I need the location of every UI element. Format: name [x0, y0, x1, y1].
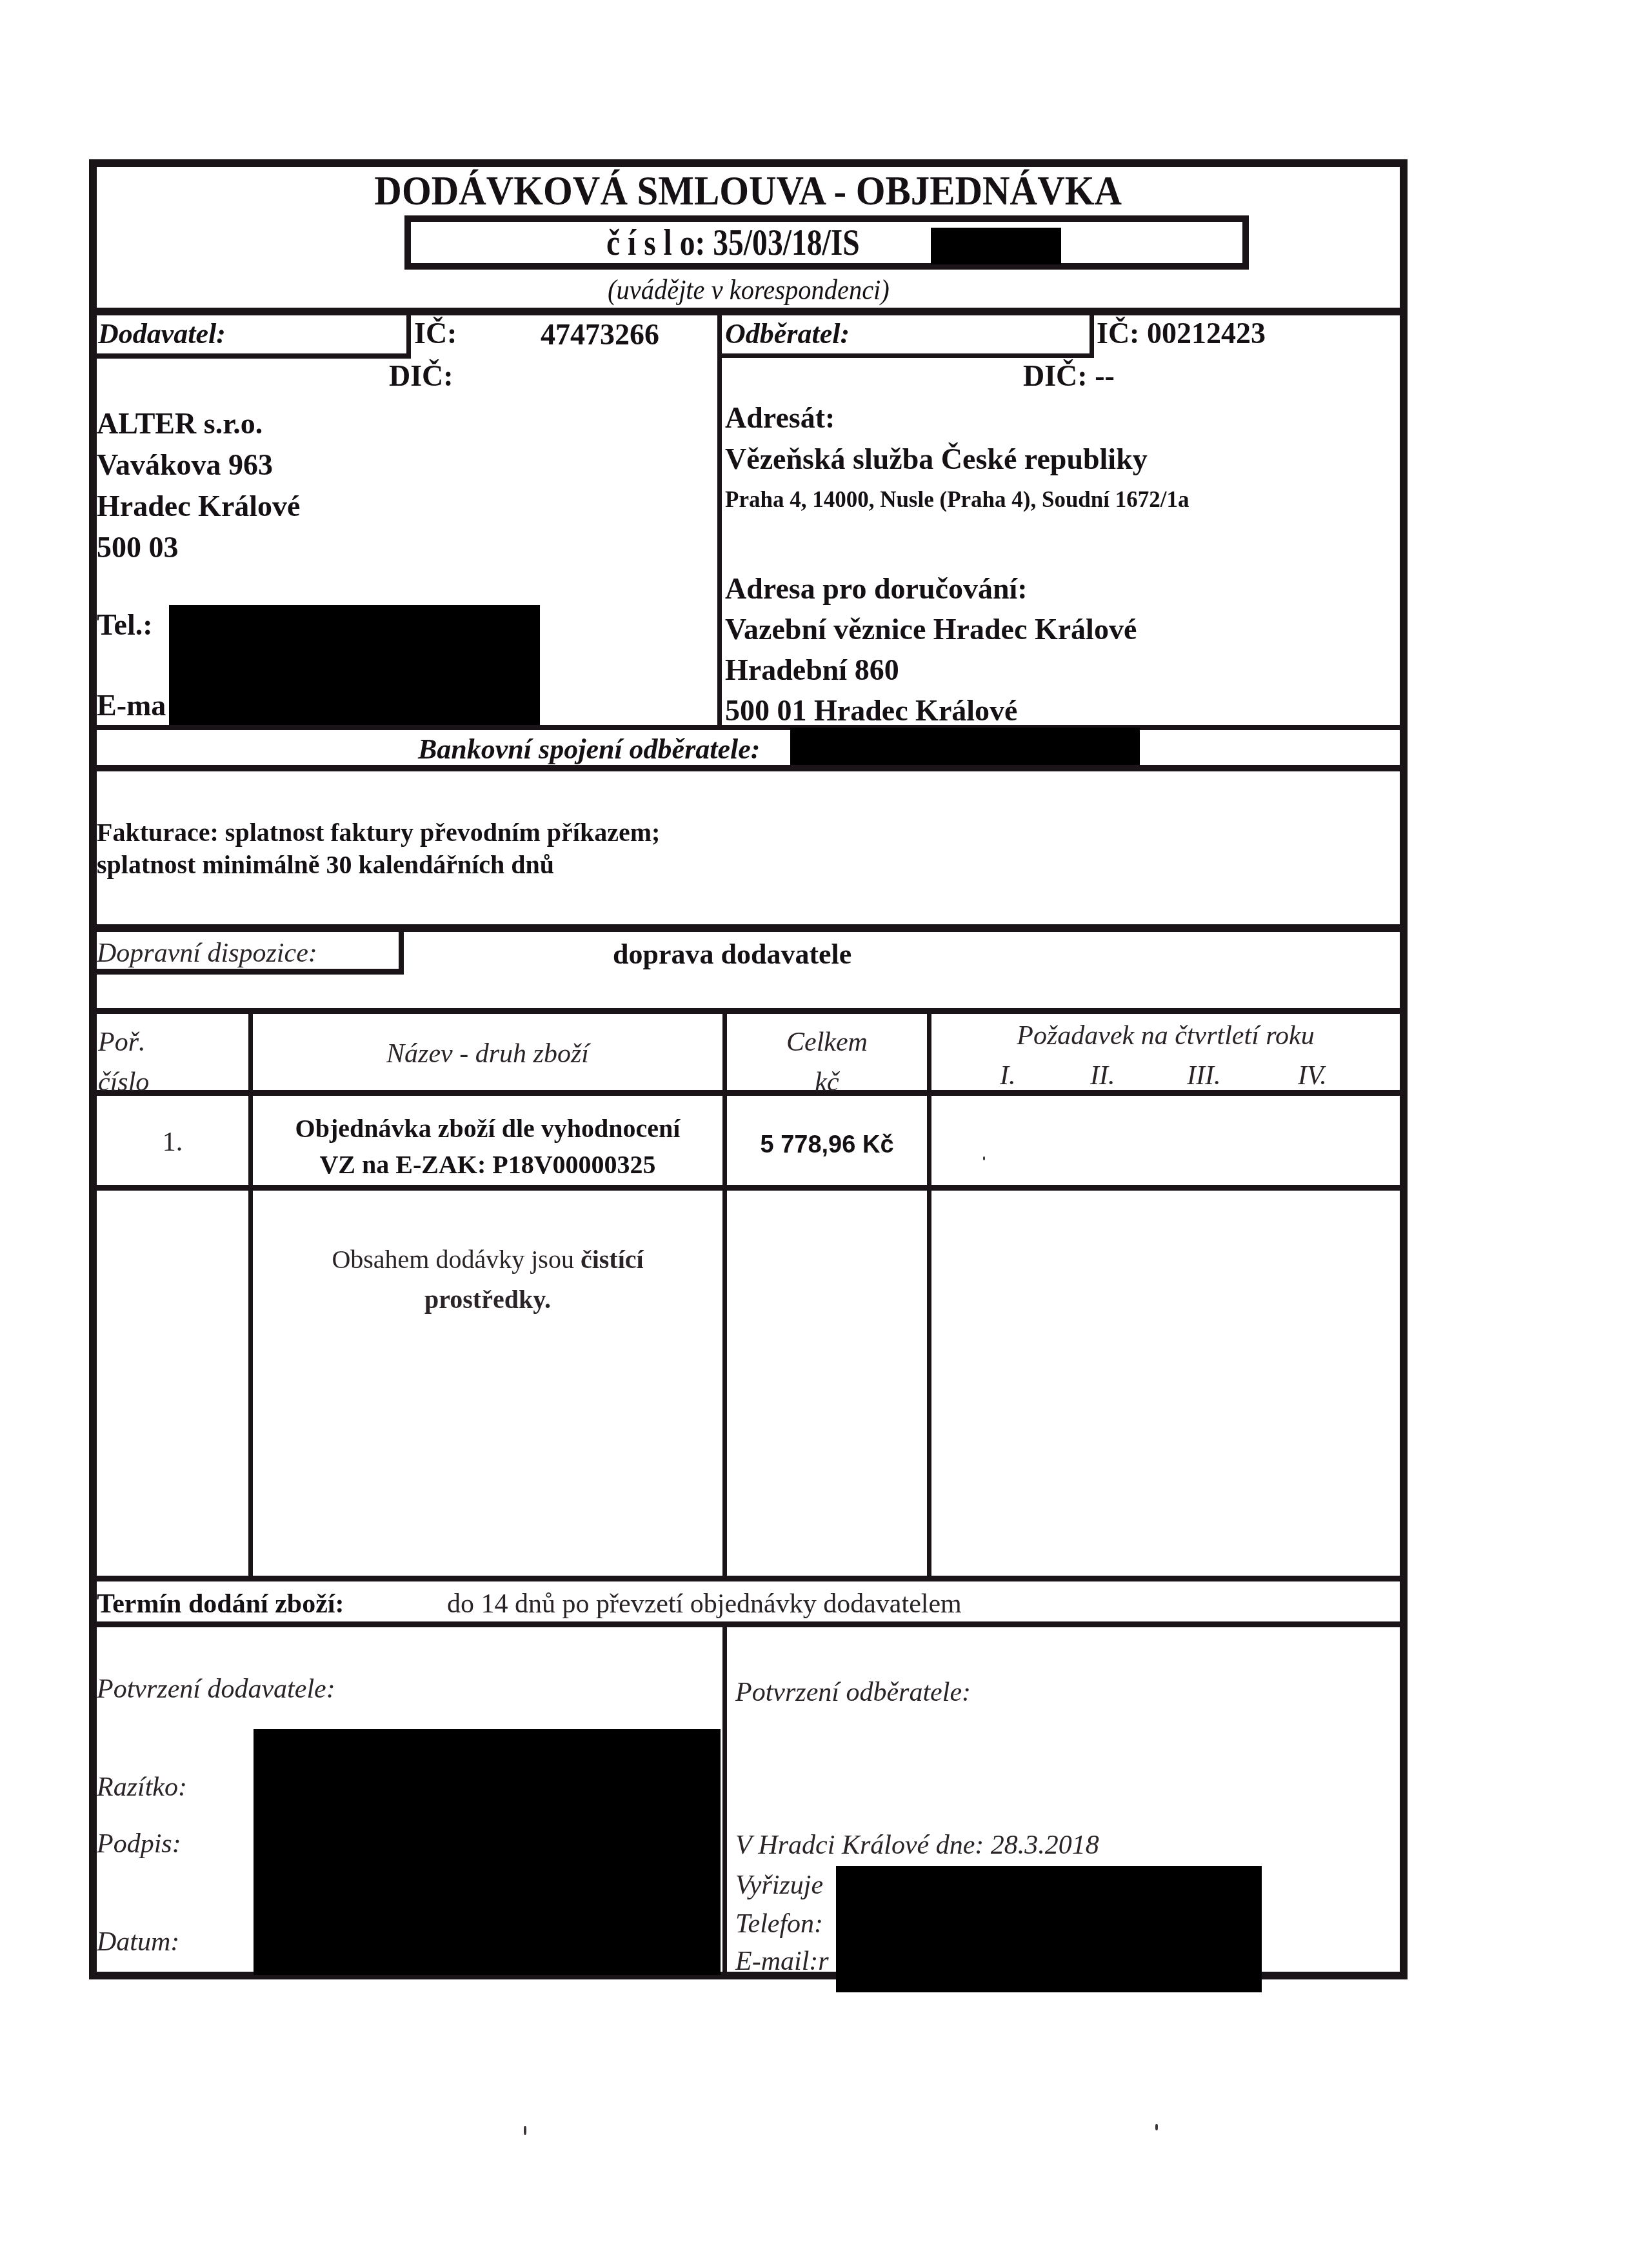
customer-ic: IČ: 00212423 — [1097, 319, 1266, 348]
divider-bank-bottom — [89, 765, 1408, 771]
row-total: 5 778,96 Kč — [727, 1133, 927, 1157]
customer-addressee-address: Praha 4, 14000, Nusle (Praha 4), Soudní … — [725, 488, 1189, 511]
handled-by-label: Vyřizuje — [735, 1872, 823, 1899]
divider-bank-top — [89, 725, 1408, 730]
note-regular-text: Obsahem dodávky jsou — [332, 1245, 581, 1274]
supplier-ic-value: 47473266 — [541, 320, 659, 350]
redacted-supplier-stamp-signature — [254, 1729, 721, 1975]
header-quarter-2: II. — [1090, 1062, 1115, 1089]
redacted-order-suffix — [931, 228, 1061, 264]
customer-dic-value: -- — [1095, 359, 1115, 392]
table-col-divider-2 — [722, 1008, 727, 1580]
scan-speck — [524, 2126, 526, 2135]
stamp-label: Razítko: — [97, 1774, 187, 1801]
row-item-name: Objednávka zboží dle vyhodnocení VZ na E… — [253, 1111, 722, 1183]
transport-value: doprava dodavatele — [613, 940, 851, 969]
header-quarter-1: I. — [1000, 1062, 1016, 1089]
customer-ic-value: 00212423 — [1147, 317, 1266, 350]
bank-label: Bankovní spojení odběratele: — [418, 735, 760, 764]
order-number-note-text: (uvádějte v korespondenci) — [608, 276, 890, 304]
frame-top — [89, 159, 1408, 167]
header-total-line2: kč — [727, 1062, 927, 1102]
table-top — [89, 1008, 1408, 1014]
customer-delivery-street: Hradební 860 — [725, 649, 1137, 690]
divider-confirmation — [722, 1621, 727, 1979]
header-item-name: Název - druh zboží — [253, 1040, 722, 1067]
customer-delivery-address: Adresa pro doručování: Vazební věznice H… — [725, 568, 1137, 731]
supplier-confirmation-label: Potvrzení dodavatele: — [97, 1676, 335, 1703]
customer-dic-label: DIČ: — [1023, 359, 1088, 392]
customer-addressee-name: Vězeňská služba České republiky — [725, 444, 1148, 474]
delivery-term-value: do 14 dnů po převzetí objednávky dodavat… — [447, 1591, 962, 1618]
order-number-note: (uvádějte v korespondenci) — [0, 276, 1497, 304]
place-and-date: V Hradci Králové dne: 28.3.2018 — [735, 1832, 1099, 1859]
note-bold-text-2: prostředky. — [253, 1280, 722, 1320]
document-title: DODÁVKOVÁ SMLOUVA - OBJEDNÁVKA — [0, 170, 1497, 212]
header-total-line1: Celkem — [727, 1022, 927, 1062]
header-quarter-4: IV. — [1298, 1062, 1327, 1089]
scan-speck — [983, 1156, 985, 1160]
header-quarter-3: III. — [1187, 1062, 1220, 1089]
order-number: č í s l o: 35/03/18/IS — [606, 225, 904, 261]
email-label: E-mail:r — [735, 1948, 829, 1975]
customer-ic-label: IČ: — [1097, 317, 1139, 350]
table-col-divider-1 — [248, 1008, 253, 1580]
supplier-dic-label: DIČ: — [389, 361, 453, 391]
supplier-email-label: E-ma — [97, 691, 166, 720]
header-quarter-title: Požadavek na čtvrtletí roku — [931, 1022, 1400, 1049]
customer-dic: DIČ: -- — [1023, 361, 1115, 391]
date-label: Datum: — [97, 1928, 179, 1956]
customer-delivery-name: Vazební věznice Hradec Králové — [725, 609, 1137, 649]
customer-label-box-bottom — [717, 353, 1094, 358]
row-order-no: 1. — [97, 1129, 248, 1156]
transport-label: Dopravní dispozice: — [97, 940, 317, 967]
invoicing-line-2: splatnost minimálně 30 kalendářních dnů — [97, 849, 660, 881]
row-item-name-line2: VZ na E-ZAK: P18V00000325 — [253, 1147, 722, 1183]
delivery-term-label: Termín dodání zboží: — [97, 1591, 344, 1618]
customer-label-box-right — [1090, 308, 1094, 358]
phone-label: Telefon: — [735, 1910, 823, 1938]
note-bold-text-1: čistící — [581, 1245, 644, 1274]
frame-right — [1400, 159, 1408, 1979]
redacted-supplier-contact-wide — [169, 605, 540, 725]
transport-label-box-right — [399, 924, 404, 975]
divider-term-bottom — [89, 1621, 1408, 1627]
customer-delivery-label: Adresa pro doručování: — [725, 568, 1137, 609]
supplier-address: ALTER s.r.o. Vavákova 963 Hradec Králové… — [97, 403, 301, 568]
supplier-label-box-bottom — [89, 353, 411, 359]
frame-left — [89, 159, 97, 1979]
document-title-text: DODÁVKOVÁ SMLOUVA - OBJEDNÁVKA — [375, 170, 1122, 212]
invoicing-line-1: Fakturace: splatnost faktury převodním p… — [97, 817, 660, 849]
divider-transport-top — [89, 924, 1408, 932]
supplier-label: Dodavatel: — [98, 320, 226, 348]
divider-title — [89, 308, 1408, 315]
supplier-tel-label: Tel.: — [97, 610, 152, 640]
supplier-city: Hradec Králové — [97, 486, 301, 527]
header-order-no-line1: Poř. — [98, 1022, 149, 1062]
signature-label: Podpis: — [97, 1830, 181, 1858]
header-order-no: Poř. číslo — [98, 1022, 149, 1102]
table-row-1-bottom — [89, 1185, 1408, 1191]
table-col-divider-3 — [927, 1008, 931, 1580]
invoicing-terms: Fakturace: splatnost faktury převodním p… — [97, 817, 660, 881]
customer-label: Odběratel: — [725, 320, 850, 348]
supplier-zip: 500 03 — [97, 527, 301, 568]
supplier-name: ALTER s.r.o. — [97, 403, 301, 444]
header-order-no-line2: číslo — [98, 1062, 149, 1102]
row-item-name-line1: Objednávka zboží dle vyhodnocení — [253, 1111, 722, 1147]
customer-confirmation-label: Potvrzení odběratele: — [735, 1679, 971, 1706]
order-number-text: č í s l o: 35/03/18/IS — [606, 225, 860, 261]
scan-speck — [1155, 2124, 1158, 2130]
transport-label-box-bottom — [89, 969, 404, 975]
supplier-ic-label: IČ: — [414, 319, 457, 348]
divider-term-top — [89, 1576, 1408, 1581]
redacted-bank-account — [790, 728, 1140, 770]
customer-addressee-label: Adresát: — [725, 403, 835, 433]
header-total: Celkem kč — [727, 1022, 927, 1102]
supplier-label-box-right — [406, 308, 411, 359]
divider-parties — [717, 308, 722, 729]
delivery-content-note: Obsahem dodávky jsou čistící prostředky. — [253, 1240, 722, 1320]
redacted-customer-contact — [836, 1866, 1262, 1992]
supplier-street: Vavákova 963 — [97, 444, 301, 486]
